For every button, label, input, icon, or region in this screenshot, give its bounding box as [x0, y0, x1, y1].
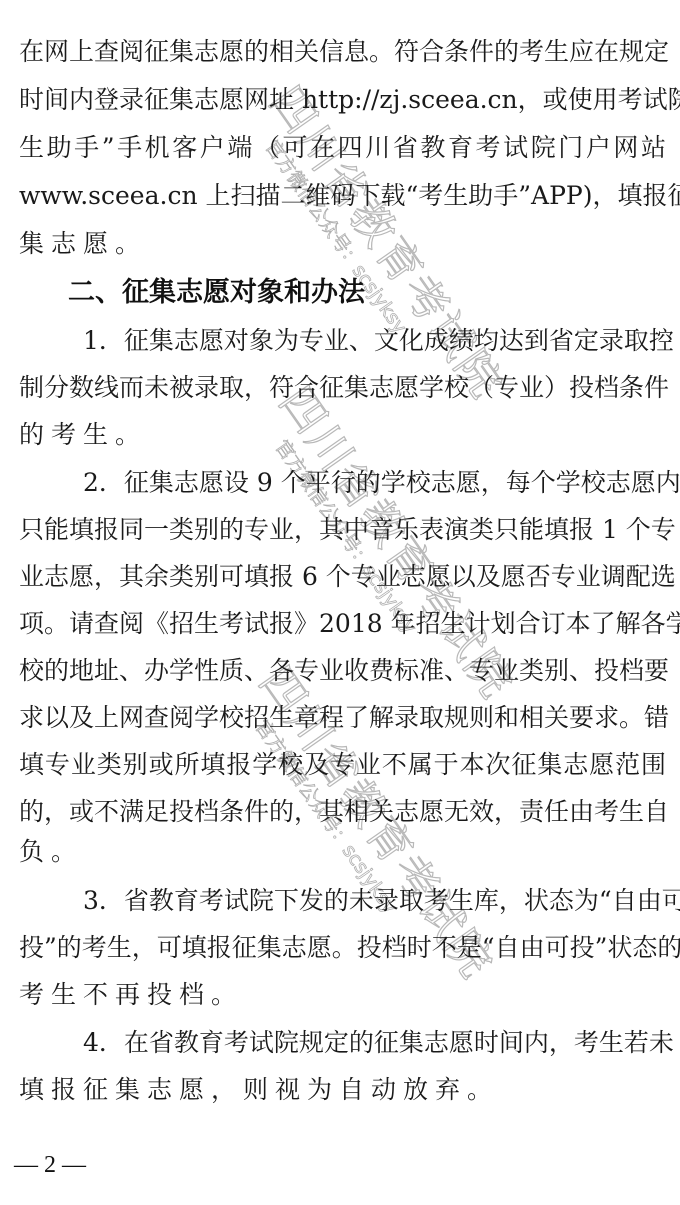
item-2-line: 的，或不满足投档条件的，其相关志愿无效，责任由考生自 — [19, 795, 666, 829]
paragraph-line: 生助手”手机客户端（可在四川省教育考试院门户网站 — [19, 131, 666, 165]
item-2-line: 项。请查阅《招生考试报》2018 年招生计划合订本了解各学 — [19, 607, 666, 641]
paragraph-line-with-url: 时间内登录征集志愿网址 http://zj.sceea.cn，或使用考试院“考 — [19, 83, 666, 117]
item-2-line: 负。 — [19, 835, 666, 869]
item-3-line: 投”的考生，可填报征集志愿。投档时不是“自由可投”状态的 — [19, 931, 666, 965]
item-2-line: 校的地址、办学性质、各专业收费标准、专业类别、投档要 — [19, 654, 666, 688]
paragraph-line: 在网上查阅征集志愿的相关信息。符合条件的考生应在规定 — [19, 35, 666, 69]
paragraph-line-with-url: www.sceea.cn 上扫描二维码下载“考生助手”APP)，填报征 — [19, 179, 666, 213]
item-1-line: 制分数线而未被录取，符合征集志愿学校（专业）投档条件 — [19, 371, 666, 405]
item-2-line: 业志愿，其余类别可填报 6 个专业志愿以及愿否专业调配选 — [19, 560, 666, 594]
item-2-line: 2．征集志愿设 9 个平行的学校志愿，每个学校志愿内 — [83, 466, 666, 500]
item-1-line: 的考生。 — [19, 418, 666, 452]
item-2-line: 求以及上网查阅学校招生章程了解录取规则和相关要求。错 — [19, 701, 666, 735]
paragraph-line: 集志愿。 — [19, 227, 666, 261]
document-page: 四川省教育考试院 官方微信公众号：scsjyksy 四川省教育考试院 官方微信公… — [0, 0, 680, 1205]
item-4-line: 4．在省教育考试院规定的征集志愿时间内，考生若未 — [83, 1026, 666, 1060]
item-4-line: 填报征集志愿，则视为自动放弃。 — [19, 1073, 666, 1107]
item-3-line: 3．省教育考试院下发的未录取考生库，状态为“自由可 — [83, 884, 666, 918]
item-2-line: 只能填报同一类别的专业，其中音乐表演类只能填报 1 个专 — [19, 513, 666, 547]
section-heading: 二、征集志愿对象和办法 — [68, 276, 365, 310]
item-2-line: 填专业类别或所填报学校及专业不属于本次征集志愿范围 — [19, 748, 666, 782]
item-3-line: 考生不再投档。 — [19, 978, 666, 1012]
item-1-line: 1．征集志愿对象为专业、文化成绩均达到省定录取控 — [83, 324, 666, 358]
page-number: — 2 — — [14, 1150, 86, 1180]
